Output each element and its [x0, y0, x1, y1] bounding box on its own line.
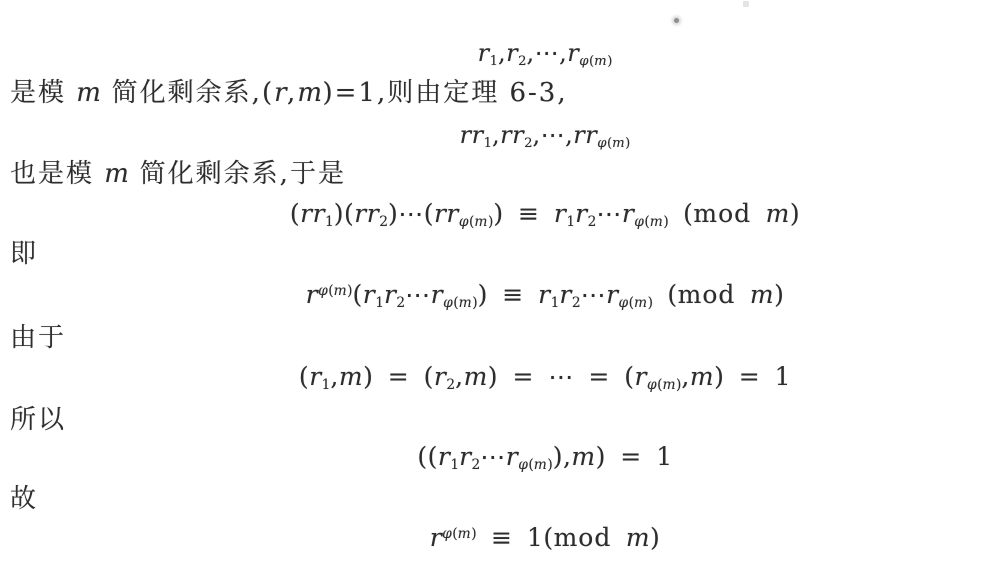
formula-gcd-chain: (r1,m) = (r2,m) = ⋯ = (rφ(m),m) = 1 [0, 363, 1000, 394]
formula-gcd-of-product: ((r1r2⋯rφ(m)),m) = 1 [0, 443, 1000, 474]
formula-residue-system: r1,r2,⋯,rφ(m) [0, 40, 1000, 69]
formula-r-times-residues: rr1,rr2,⋯,rrφ(m) [0, 122, 1000, 151]
text-residue-system-condition: 是模 m 简化剩余系,(r,m)=1,则由定理 6-3, [10, 79, 568, 109]
document-page: r1,r2,⋯,rφ(m) 是模 m 简化剩余系,(r,m)=1,则由定理 6-… [0, 0, 1000, 563]
text-also-residue-system: 也是模 m 简化剩余系,于是 [10, 160, 346, 190]
scan-speck-icon [743, 1, 749, 7]
formula-r-power-congruence: rφ(m)(r1r2⋯rφ(m)) ≡ r1r2⋯rφ(m) (mod m) [0, 281, 1000, 312]
scan-speck-icon [674, 18, 679, 23]
text-therefore: 所以 [10, 406, 66, 436]
formula-euler-theorem-conclusion: rφ(m) ≡ 1(mod m) [0, 524, 1000, 553]
text-that-is: 即 [10, 240, 38, 270]
text-hence: 故 [10, 485, 38, 515]
formula-product-congruence: (rr1)(rr2)⋯(rrφ(m)) ≡ r1r2⋯rφ(m) (mod m) [0, 200, 1000, 231]
text-since: 由于 [10, 324, 66, 354]
